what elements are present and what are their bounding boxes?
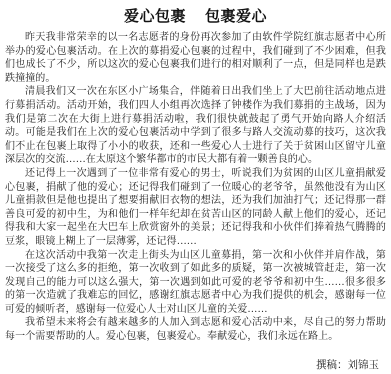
paragraph-2: 清晨我们又一次在东区小广场集合，伴随着日出我们坐上了大巴前往活动地点进行募捐活动… — [5, 85, 386, 167]
document-page: 爱心包裹 包裹爱心 昨天我非常荣幸的以一名志愿者的身份再次参加了由软件学院红旗志… — [0, 0, 391, 374]
paragraph-3: 还记得上一次遇到了一位非常有爱心的男士，听说我们为贫困的山区儿童捐献爱心包裹，捐… — [5, 167, 386, 249]
title-part-right: 包裹爱心 — [205, 5, 267, 26]
title-part-left: 爱心包裹 — [124, 5, 186, 26]
paragraph-1: 昨天我非常荣幸的以一名志愿者的身份再次参加了由软件学院红旗志愿者中心所举办的爱心… — [5, 31, 386, 85]
document-title: 爱心包裹 包裹爱心 — [5, 5, 386, 26]
byline: 撰稿：刘锦玉 — [5, 359, 386, 373]
document-body: 昨天我非常荣幸的以一名志愿者的身份再次参加了由软件学院红旗志愿者中心所举办的爱心… — [5, 31, 386, 344]
paragraph-4: 在这次活动中我第一次走上街头为山区儿童募捐，第一次和小伙伴并肩作战，第一次接受了… — [5, 249, 386, 317]
paragraph-5: 我希望未来将会有越来越多的人加入到志愿和爱心活动中来，尽自己的努力帮助每一个需要… — [5, 316, 386, 343]
